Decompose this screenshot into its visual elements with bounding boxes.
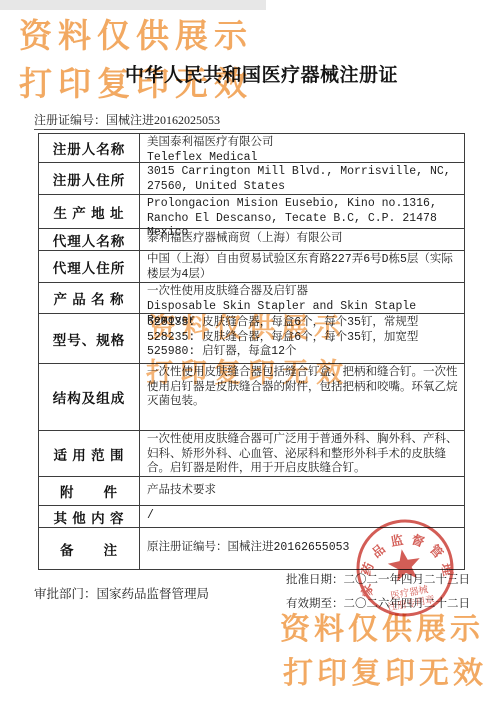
table-row: 代理人住所中国（上海）自由贸易试验区东育路227弄6号D栋5层（实际楼层为4层） xyxy=(39,251,464,283)
scan-edge-artifact xyxy=(0,0,266,10)
approval-date: 批准日期：二〇二一年四月二十三日 xyxy=(286,571,470,587)
valid-until-date: 有效期至：二〇二六年四月二十二日 xyxy=(286,595,470,611)
watermark-display-only: 资料仅供展示 xyxy=(19,10,253,57)
table-row: 附 件产品技术要求 xyxy=(39,477,464,506)
table-row: 结构及组成一次性使用皮肤缝合器包括缝合钉盒、把柄和缝合钉。一次性使用启钉器是皮肤… xyxy=(39,364,464,431)
row-label: 代理人住所 xyxy=(39,251,140,282)
row-label: 代理人名称 xyxy=(39,229,140,250)
row-value: 产品技术要求 xyxy=(140,477,464,505)
row-value-line: 原注册证编号：国械注进20162655053 xyxy=(147,541,349,556)
row-value-line: 一次性使用皮肤缝合器包括缝合钉盒、把柄和缝合钉。一次性使用启钉器是皮肤缝合器的附… xyxy=(147,366,460,410)
cert-table-body: 注册人名称美国泰利福医疗有限公司Teleflex Medical注册人住所301… xyxy=(39,134,464,569)
table-row: 注册人住所3015 Carrington Mill Blvd., Morrisv… xyxy=(39,163,464,195)
row-label: 其 他 内 容 xyxy=(39,506,140,527)
watermark-print-invalid: 打印复印无效 xyxy=(283,648,487,692)
table-row: 代理人名称泰利福医疗器械商贸（上海）有限公司 xyxy=(39,229,464,251)
row-value-line: 美国泰利福医疗有限公司 xyxy=(147,136,460,151)
table-row: 备 注原注册证编号：国械注进20162655053 xyxy=(39,528,464,569)
row-value: 528135: 皮肤缝合器，每盒6个，每个35钉，常规型528235: 皮肤缝合… xyxy=(140,314,464,363)
row-value-line: 528135: 皮肤缝合器，每盒6个，每个35钉，常规型 xyxy=(147,316,460,331)
row-label: 注册人名称 xyxy=(39,134,140,162)
row-value: 一次性使用皮肤缝合器及启钉器Disposable Skin Stapler an… xyxy=(140,283,464,313)
row-value-line: 3015 Carrington Mill Blvd., Morrisville,… xyxy=(147,165,460,194)
row-value: 美国泰利福医疗有限公司Teleflex Medical xyxy=(140,134,464,162)
row-value-line: 产品技术要求 xyxy=(147,484,216,499)
table-row: 其 他 内 容/ xyxy=(39,506,464,528)
row-label: 型号、规格 xyxy=(39,314,140,363)
registration-number: 注册证编号：国械注进20162025053 xyxy=(34,111,220,130)
row-value: 一次性使用皮肤缝合器包括缝合钉盒、把柄和缝合钉。一次性使用启钉器是皮肤缝合器的附… xyxy=(140,364,464,430)
row-label: 产 品 名 称 xyxy=(39,283,140,313)
table-row: 型号、规格528135: 皮肤缝合器，每盒6个，每个35钉，常规型528235:… xyxy=(39,314,464,364)
row-value: 中国（上海）自由贸易试验区东育路227弄6号D栋5层（实际楼层为4层） xyxy=(140,251,464,282)
row-label: 备 注 xyxy=(39,528,140,569)
row-value-line: 528235: 皮肤缝合器，每盒6个，每个35钉，加宽型 xyxy=(147,331,460,346)
row-value-line: / xyxy=(147,509,154,524)
row-label: 生 产 地 址 xyxy=(39,195,140,228)
row-label: 适 用 范 围 xyxy=(39,431,140,476)
table-row: 产 品 名 称一次性使用皮肤缝合器及启钉器Disposable Skin Sta… xyxy=(39,283,464,314)
row-value: Prolongacion Mision Eusebio, Kino no.131… xyxy=(140,195,464,228)
row-value: 3015 Carrington Mill Blvd., Morrisville,… xyxy=(140,163,464,194)
row-value: 泰利福医疗器械商贸（上海）有限公司 xyxy=(140,229,464,250)
row-value-line: 中国（上海）自由贸易试验区东育路227弄6号D栋5层（实际楼层为4层） xyxy=(147,253,460,282)
row-label: 结构及组成 xyxy=(39,364,140,430)
certificate-page: 中华人民共和国医疗器械注册证 注册证编号：国械注进20162025053 注册人… xyxy=(0,0,499,707)
table-row: 生 产 地 址Prolongacion Mision Eusebio, Kino… xyxy=(39,195,464,229)
row-value: 原注册证编号：国械注进20162655053 xyxy=(140,528,464,569)
approval-department: 审批部门：国家药品监督管理局 xyxy=(34,584,209,602)
row-value-line: 一次性使用皮肤缝合器及启钉器 xyxy=(147,285,460,300)
row-value-line: 一次性使用皮肤缝合器可广泛用于普通外科、胸外科、产科、妇科、矫形外科、心血管、泌… xyxy=(147,433,460,477)
row-value-line: 泰利福医疗器械商贸（上海）有限公司 xyxy=(147,232,343,247)
table-row: 注册人名称美国泰利福医疗有限公司Teleflex Medical xyxy=(39,134,464,163)
row-value: 一次性使用皮肤缝合器可广泛用于普通外科、胸外科、产科、妇科、矫形外科、心血管、泌… xyxy=(140,431,464,476)
row-label: 附 件 xyxy=(39,477,140,505)
row-value: / xyxy=(140,506,464,527)
certificate-title: 中华人民共和国医疗器械注册证 xyxy=(12,60,499,87)
cert-table: 注册人名称美国泰利福医疗有限公司Teleflex Medical注册人住所301… xyxy=(38,133,465,570)
row-label: 注册人住所 xyxy=(39,163,140,194)
table-row: 适 用 范 围一次性使用皮肤缝合器可广泛用于普通外科、胸外科、产科、妇科、矫形外… xyxy=(39,431,464,477)
row-value-line: 525980: 启钉器，每盒12个 xyxy=(147,345,460,360)
